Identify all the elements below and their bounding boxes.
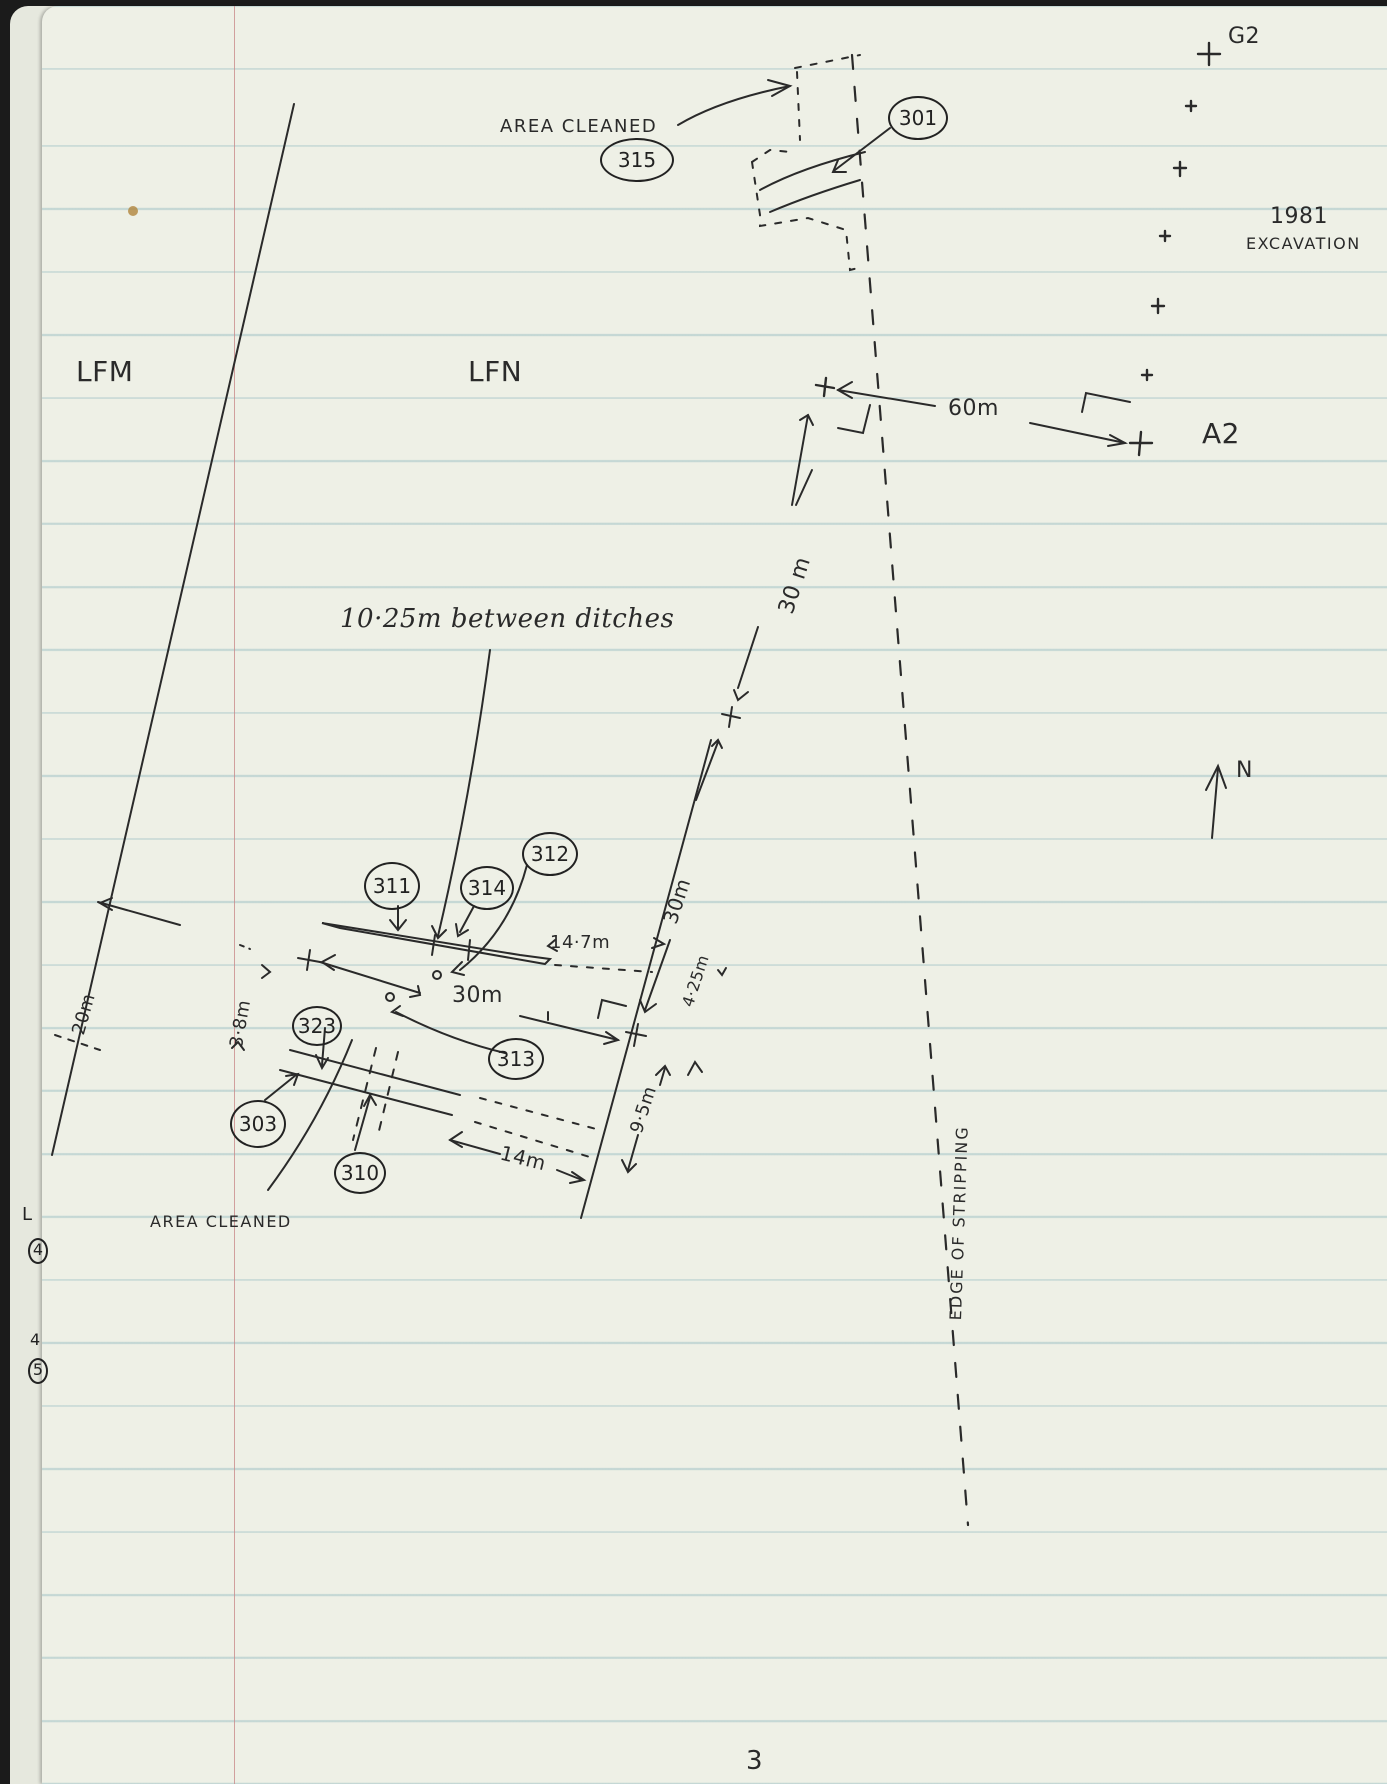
margin-fragment-2: 4 — [28, 1238, 48, 1264]
margin-fragment-1: L — [22, 1204, 32, 1225]
label-lfn: LFN — [468, 358, 522, 386]
context-314: 314 — [460, 866, 514, 910]
site-plan-drawing — [0, 0, 1387, 1784]
margin-fragment-4: 5 — [28, 1358, 48, 1384]
ditch-distance-note: 10·25m between ditches — [340, 606, 674, 632]
grid-point-g2: G2 — [1228, 26, 1260, 48]
label-excavation: EXCAVATION — [1246, 236, 1361, 252]
context-323: 323 — [292, 1006, 342, 1046]
label-area-cleaned-top: AREA CLEANED — [500, 118, 657, 136]
context-303: 303 — [230, 1100, 286, 1148]
page-number: 3 — [746, 1748, 763, 1774]
margin-fragment-3: 4 — [30, 1330, 40, 1349]
context-313: 313 — [488, 1038, 544, 1080]
measure-30m-mid: 30m — [452, 985, 503, 1007]
context-301: 301 — [888, 96, 948, 140]
north-label: N — [1236, 760, 1253, 782]
label-lfm: LFM — [76, 358, 133, 386]
label-area-cleaned-bottom: AREA CLEANED — [150, 1214, 292, 1230]
context-315: 315 — [600, 138, 674, 182]
context-311: 311 — [364, 862, 420, 910]
measure-14-7m: 14·7m — [550, 934, 610, 952]
measure-60m: 60m — [948, 398, 999, 420]
grid-point-a2: A2 — [1202, 420, 1240, 448]
context-310: 310 — [334, 1152, 386, 1194]
context-312: 312 — [522, 832, 578, 876]
label-1981: 1981 — [1270, 206, 1328, 228]
